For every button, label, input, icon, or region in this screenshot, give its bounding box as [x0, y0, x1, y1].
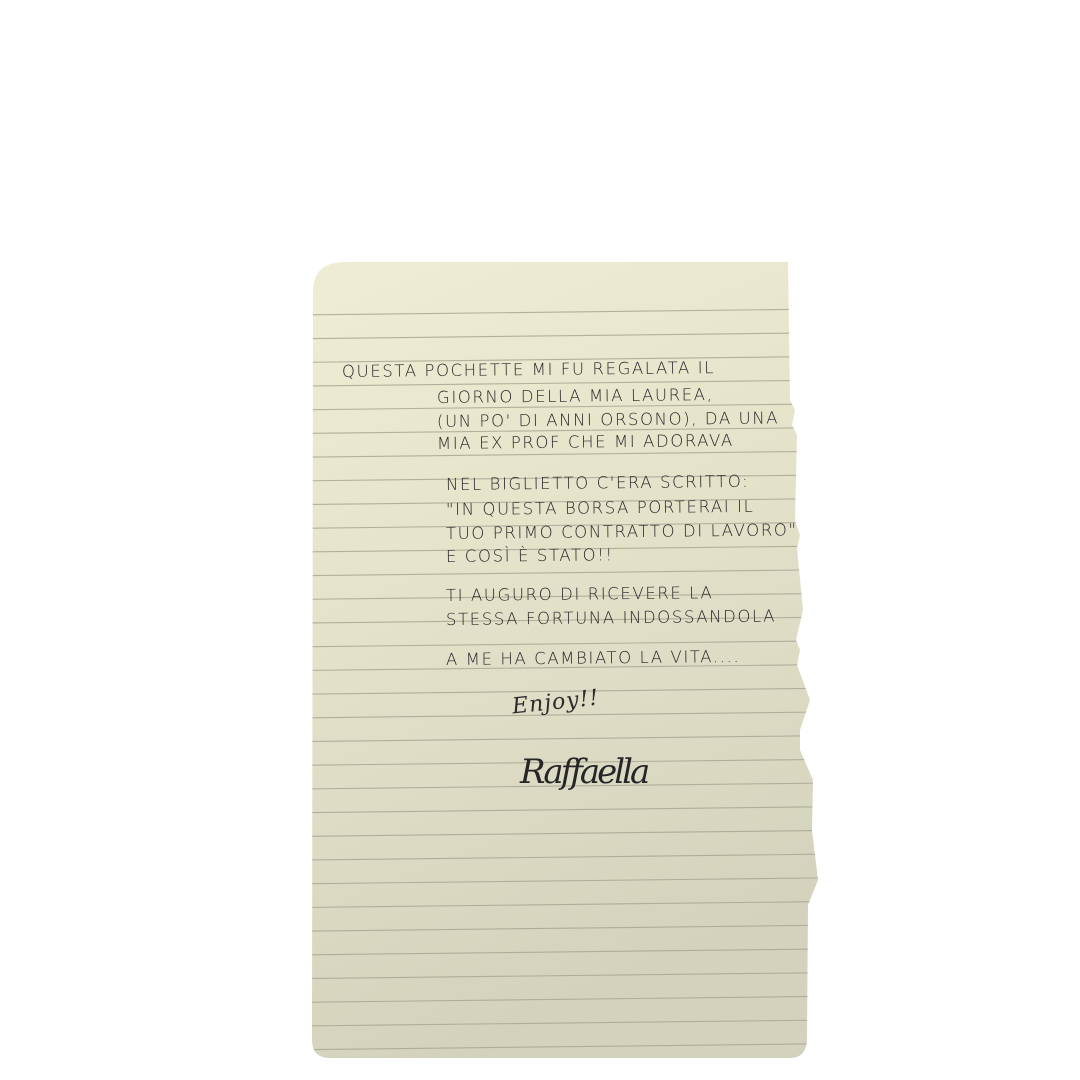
note-line: Questa pochette mi fu regalata il — [342, 358, 715, 381]
note-line: e così è stato!! — [446, 545, 614, 566]
note-line: tuo primo contratto di lavoro" — [446, 520, 798, 543]
handwritten-note-photo: Questa pochette mi fu regalata il giorno… — [0, 0, 1080, 1080]
note-line: mia ex prof che mi adorava — [437, 431, 734, 453]
note-line: "In questa borsa porterai il — [446, 497, 755, 519]
note-line: Nel biglietto c'era scritto: — [446, 472, 749, 494]
note-line: stessa fortuna indossandola — [446, 607, 776, 629]
signature: Raffaella — [520, 752, 647, 792]
note-line: Ti auguro di ricevere la — [446, 583, 714, 605]
note-line: giorno della mia laurea, — [437, 385, 714, 407]
note-line: A me ha cambiato la vita.... — [446, 647, 740, 669]
note-line: (un po' di anni orsono), da una — [437, 408, 779, 431]
